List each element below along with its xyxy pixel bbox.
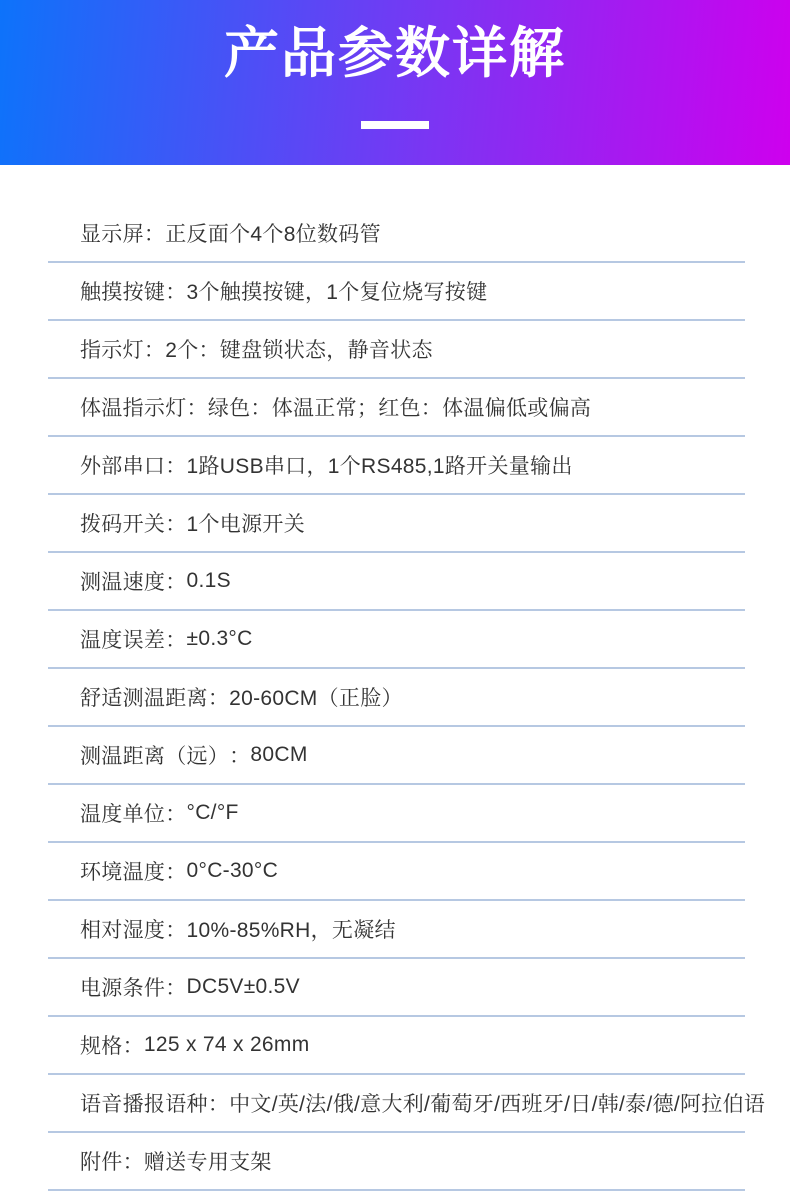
spec-row: 语音播报语种：中文/英/法/俄/意大利/葡萄牙/西班牙/日/韩/泰/德/阿拉伯语 [48, 1075, 745, 1133]
spec-colon: ： [165, 914, 186, 944]
title-underline-dash [361, 121, 429, 129]
spec-colon: ： [165, 276, 186, 306]
spec-value: 10%-85%RH，无凝结 [187, 914, 396, 944]
spec-row: 电源条件：DC5V±0.5V [48, 959, 745, 1017]
spec-colon: ： [165, 856, 186, 886]
spec-colon: ： [229, 740, 250, 770]
spec-label: 语音播报语种 [80, 1088, 208, 1118]
spec-colon: ： [165, 972, 186, 1002]
spec-row: 附件：赠送专用支架 [48, 1133, 745, 1191]
spec-colon: ： [144, 218, 165, 248]
spec-value: 1个电源开关 [187, 508, 305, 538]
spec-label: 舒适测温距离 [80, 682, 208, 712]
spec-label: 温度单位 [80, 798, 165, 828]
product-spec-page: 产品参数详解 显示屏：正反面个4个8位数码管 触摸按键：3个触摸按键，1个复位烧… [0, 0, 790, 1201]
spec-row: 舒适测温距离：20-60CM（正脸） [48, 669, 745, 727]
spec-value: 绿色：体温正常；红色：体温偏低或偏高 [208, 392, 591, 422]
spec-value: 20-60CM（正脸） [229, 682, 403, 712]
spec-label: 体温指示灯 [80, 392, 187, 422]
spec-colon: ： [165, 450, 186, 480]
spec-row: 测温距离（远）：80CM [48, 727, 745, 785]
spec-value: 125 x 74 x 26mm [144, 1033, 310, 1057]
spec-colon: ： [208, 682, 229, 712]
spec-label: 电源条件 [80, 972, 165, 1002]
spec-colon: ： [123, 1146, 144, 1176]
spec-colon: ： [208, 1088, 229, 1118]
spec-colon: ： [165, 798, 186, 828]
spec-label: 规格 [80, 1030, 123, 1060]
spec-row: 显示屏：正反面个4个8位数码管 [48, 205, 745, 263]
spec-value: 1路USB串口，1个RS485,1路开关量输出 [187, 450, 573, 480]
spec-row: 环境温度：0°C-30°C [48, 843, 745, 901]
spec-colon: ： [165, 624, 186, 654]
spec-row: 拨码开关：1个电源开关 [48, 495, 745, 553]
spec-label: 触摸按键 [80, 276, 165, 306]
spec-value: 2个：键盘锁状态，静音状态 [165, 334, 433, 364]
spec-row: 指示灯：2个：键盘锁状态，静音状态 [48, 321, 745, 379]
spec-label: 环境温度 [80, 856, 165, 886]
spec-value: 0.1S [187, 569, 231, 593]
spec-colon: ： [165, 508, 186, 538]
spec-label: 指示灯 [80, 334, 144, 364]
spec-value: 80CM [250, 743, 307, 767]
spec-colon: ： [165, 566, 186, 596]
spec-colon: ： [187, 392, 208, 422]
spec-value: DC5V±0.5V [187, 975, 300, 999]
spec-value: 中文/英/法/俄/意大利/葡萄牙/西班牙/日/韩/泰/德/阿拉伯语 [229, 1088, 765, 1118]
spec-row: 体温指示灯：绿色：体温正常；红色：体温偏低或偏高 [48, 379, 745, 437]
spec-value: °C/°F [187, 801, 239, 825]
spec-label: 显示屏 [80, 218, 144, 248]
spec-row: 触摸按键：3个触摸按键，1个复位烧写按键 [48, 263, 745, 321]
spec-list: 显示屏：正反面个4个8位数码管 触摸按键：3个触摸按键，1个复位烧写按键 指示灯… [0, 165, 790, 1191]
spec-value: 3个触摸按键，1个复位烧写按键 [187, 276, 488, 306]
spec-label: 外部串口 [80, 450, 165, 480]
spec-label: 拨码开关 [80, 508, 165, 538]
spec-value: 正反面个4个8位数码管 [165, 218, 381, 248]
spec-row: 规格：125 x 74 x 26mm [48, 1017, 745, 1075]
spec-value: ±0.3°C [187, 627, 253, 651]
spec-label: 测温距离（远） [80, 740, 229, 770]
spec-label: 附件 [80, 1146, 123, 1176]
spec-colon: ： [144, 334, 165, 364]
header-banner: 产品参数详解 [0, 0, 790, 165]
spec-value: 0°C-30°C [187, 859, 279, 883]
page-title: 产品参数详解 [224, 26, 566, 81]
spec-colon: ： [123, 1030, 144, 1060]
spec-row: 温度误差：±0.3°C [48, 611, 745, 669]
spec-row: 温度单位：°C/°F [48, 785, 745, 843]
spec-value: 赠送专用支架 [144, 1146, 272, 1176]
spec-label: 测温速度 [80, 566, 165, 596]
spec-row: 外部串口：1路USB串口，1个RS485,1路开关量输出 [48, 437, 745, 495]
spec-label: 温度误差 [80, 624, 165, 654]
spec-row: 相对湿度：10%-85%RH，无凝结 [48, 901, 745, 959]
spec-row: 测温速度：0.1S [48, 553, 745, 611]
spec-label: 相对湿度 [80, 914, 165, 944]
